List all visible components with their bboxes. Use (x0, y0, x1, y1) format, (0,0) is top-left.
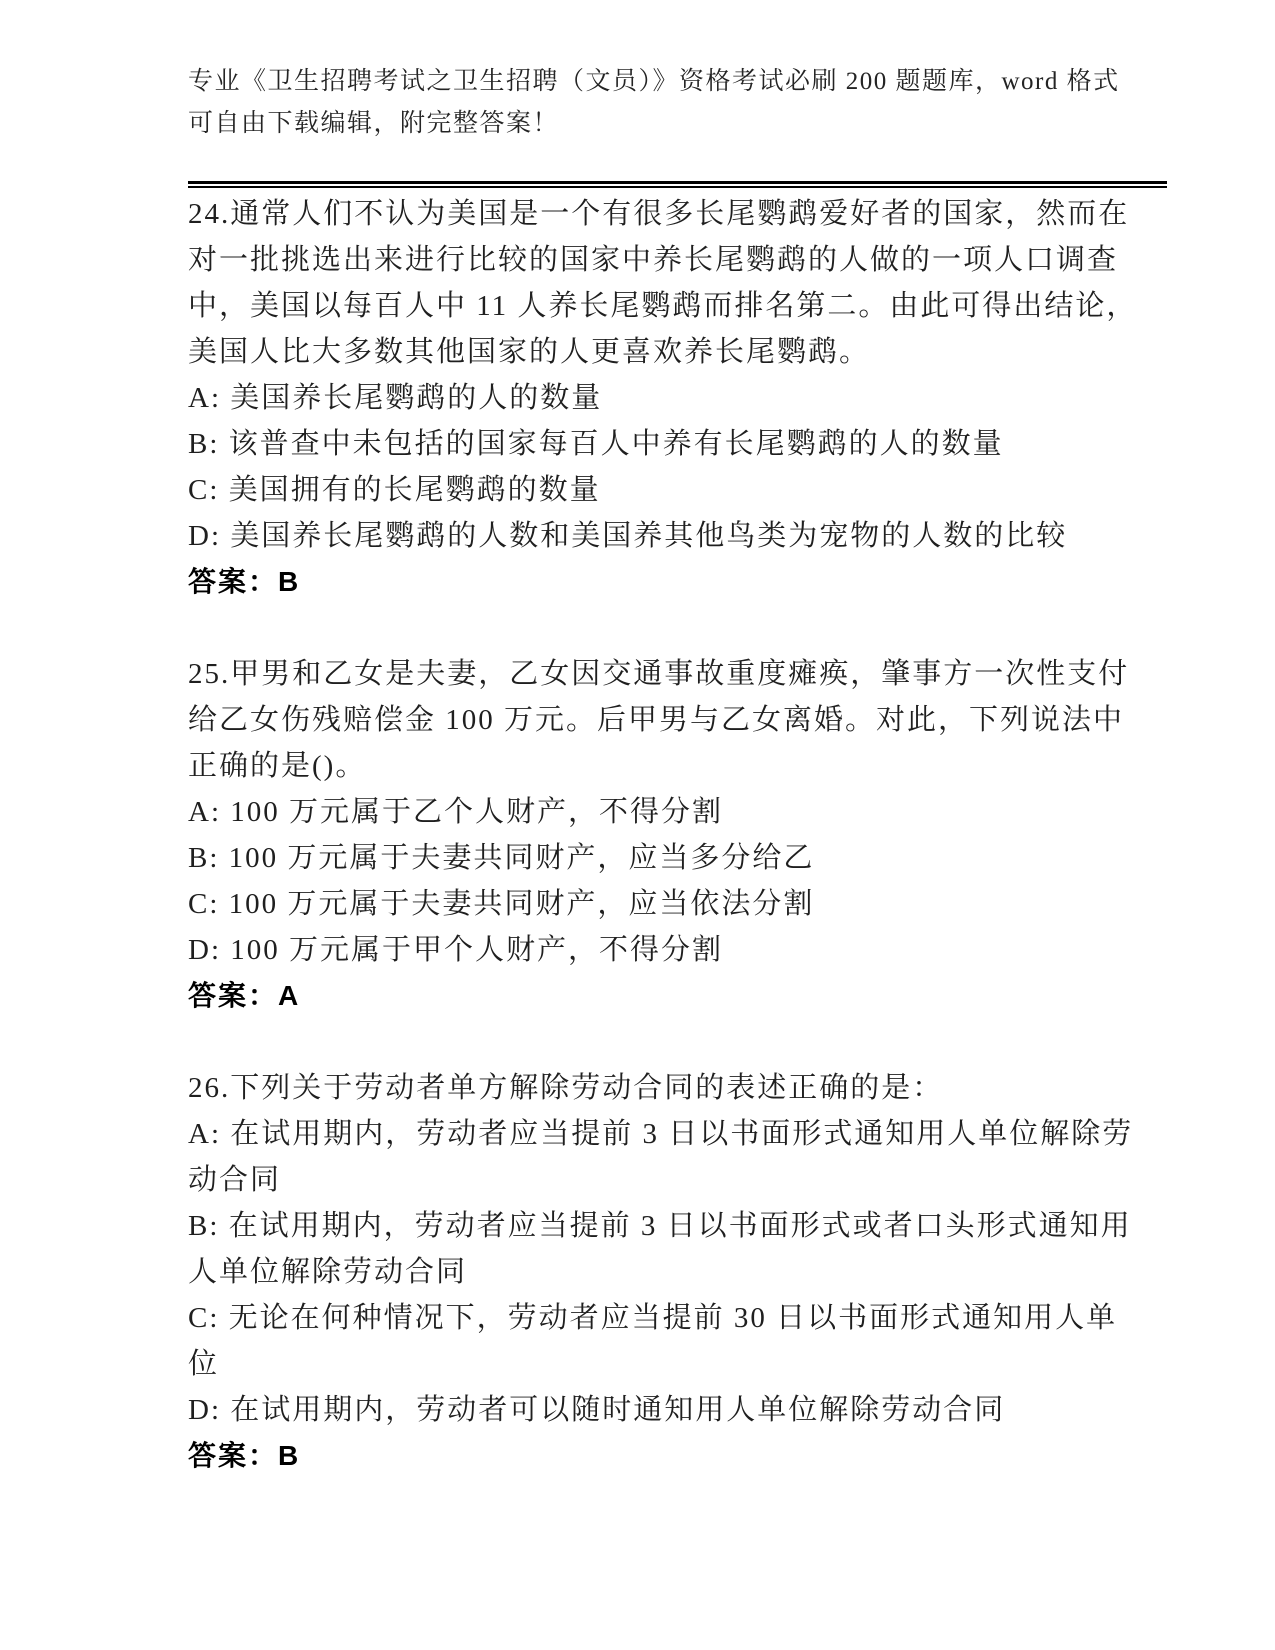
header-line: 专业《卫生招聘考试之卫生招聘（文员）》资格考试必刷 200 题题库，word 格… (188, 61, 1118, 103)
option-line-a: A: 100 万元属于乙个人财产，不得分割 (188, 789, 1118, 835)
option-line-c: C: 100 万元属于夫妻共同财产，应当依法分割 (188, 881, 1118, 927)
page-header: 专业《卫生招聘考试之卫生招聘（文员）》资格考试必刷 200 题题库，word 格… (188, 61, 1118, 145)
option-line-c: C: 无论在何种情况下，劳动者应当提前 30 日以书面形式通知用人单 (188, 1295, 1118, 1341)
header-divider-rule (188, 181, 1167, 188)
option-line-a: A: 在试用期内，劳动者应当提前 3 日以书面形式通知用人单位解除劳 (188, 1111, 1118, 1157)
option-line-d: D: 在试用期内，劳动者可以随时通知用人单位解除劳动合同 (188, 1387, 1118, 1433)
answer-line: 答案：B (188, 559, 1118, 605)
question-list: 24.通常人们不认为美国是一个有很多长尾鹦鹉爱好者的国家，然而在 对一批挑选出来… (188, 191, 1118, 1479)
question-stem-line: 25.甲男和乙女是夫妻，乙女因交通事故重度瘫痪，肇事方一次性支付 (188, 651, 1118, 697)
question-stem-line: 中，美国以每百人中 11 人养长尾鹦鹉而排名第二。由此可得出结论， (188, 283, 1118, 329)
page-content: 专业《卫生招聘考试之卫生招聘（文员）》资格考试必刷 200 题题库，word 格… (188, 61, 1118, 1479)
question-stem-line: 对一批挑选出来进行比较的国家中养长尾鹦鹉的人做的一项人口调查 (188, 237, 1118, 283)
option-line-a: A: 美国养长尾鹦鹉的人的数量 (188, 375, 1118, 421)
question-26: 26.下列关于劳动者单方解除劳动合同的表述正确的是： A: 在试用期内，劳动者应… (188, 1065, 1118, 1479)
option-line-a-cont: 动合同 (188, 1157, 1118, 1203)
question-stem-line: 24.通常人们不认为美国是一个有很多长尾鹦鹉爱好者的国家，然而在 (188, 191, 1118, 237)
question-25: 25.甲男和乙女是夫妻，乙女因交通事故重度瘫痪，肇事方一次性支付 给乙女伤残赔偿… (188, 651, 1118, 1019)
option-line-d: D: 100 万元属于甲个人财产，不得分割 (188, 927, 1118, 973)
header-line: 可自由下载编辑，附完整答案！ (188, 103, 1118, 145)
option-line-c: C: 美国拥有的长尾鹦鹉的数量 (188, 467, 1118, 513)
question-stem-line: 给乙女伤残赔偿金 100 万元。后甲男与乙女离婚。对此，下列说法中 (188, 697, 1118, 743)
question-stem-line: 26.下列关于劳动者单方解除劳动合同的表述正确的是： (188, 1065, 1118, 1111)
option-line-b: B: 100 万元属于夫妻共同财产，应当多分给乙 (188, 835, 1118, 881)
question-stem-line: 正确的是()。 (188, 743, 1118, 789)
answer-line: 答案：B (188, 1433, 1118, 1479)
document-page: 专业《卫生招聘考试之卫生招聘（文员）》资格考试必刷 200 题题库，word 格… (0, 0, 1275, 1650)
option-line-d: D: 美国养长尾鹦鹉的人数和美国养其他鸟类为宠物的人数的比较 (188, 513, 1118, 559)
option-line-b: B: 在试用期内，劳动者应当提前 3 日以书面形式或者口头形式通知用 (188, 1203, 1118, 1249)
option-line-c-cont: 位 (188, 1341, 1118, 1387)
question-24: 24.通常人们不认为美国是一个有很多长尾鹦鹉爱好者的国家，然而在 对一批挑选出来… (188, 191, 1118, 605)
answer-line: 答案：A (188, 973, 1118, 1019)
option-line-b: B: 该普查中未包括的国家每百人中养有长尾鹦鹉的人的数量 (188, 421, 1118, 467)
question-stem-line: 美国人比大多数其他国家的人更喜欢养长尾鹦鹉。 (188, 329, 1118, 375)
option-line-b-cont: 人单位解除劳动合同 (188, 1249, 1118, 1295)
